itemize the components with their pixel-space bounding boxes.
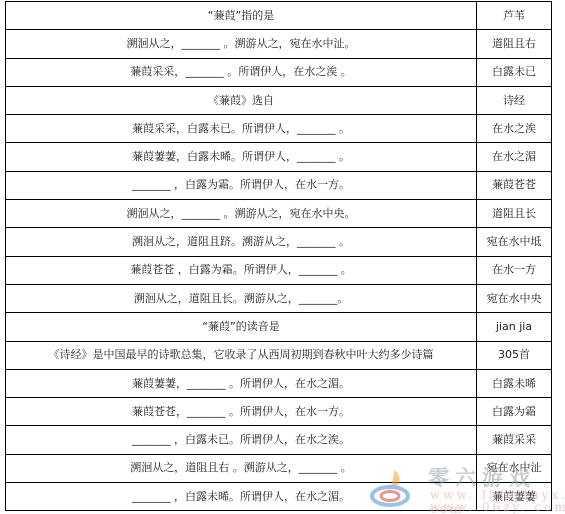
table-row: 蒹葭苍苍 ，白露为霜。所谓伊人，_______ 。在水一方 xyxy=(6,256,552,284)
answer-cell: 蒹葭苍苍 xyxy=(477,171,552,199)
question-cell: 溯洄从之，_______ 。溯游从之，宛在水中央。 xyxy=(6,200,477,228)
answer-cell: 蒹葭采采 xyxy=(477,426,552,454)
answer-cell: 宛在水中坻 xyxy=(477,228,552,256)
table-row: 蒹葭萋萋，白露未晞。所谓伊人，_______ 。在水之湄 xyxy=(6,143,552,171)
answer-cell: 芦苇 xyxy=(477,2,552,30)
answer-cell: 白露为霜 xyxy=(477,398,552,426)
answer-cell: 305首 xyxy=(477,341,552,369)
answer-cell: 诗经 xyxy=(477,86,552,114)
table-row: 蒹葭苍苍，_______ 。所谓伊人，在水一方。白露为霜 xyxy=(6,398,552,426)
question-cell: 溯洄从之，道阻且跻。溯游从之，_______ 。 xyxy=(6,228,477,256)
table-row: 蒹葭采采，白露未已。所谓伊人，_______ 。在水之涘 xyxy=(6,115,552,143)
table-row: _______ ，白露未已。所谓伊人，在水之涘。蒹葭采采 xyxy=(6,426,552,454)
answer-cell: 在水一方 xyxy=(477,256,552,284)
question-cell: 蒹葭萋萋，_______ 。所谓伊人，在水之湄。 xyxy=(6,369,477,397)
question-cell: 溯洄从之，道阻且右 。溯游从之，_______ 。 xyxy=(6,454,477,482)
table-row: 溯洄从之，_______ 。溯游从之，宛在水中沚。道阻且右 xyxy=(6,30,552,58)
question-cell: 蒹葭萋萋，白露未晞。所谓伊人，_______ 。 xyxy=(6,143,477,171)
answer-cell: 在水之湄 xyxy=(477,143,552,171)
question-cell: 蒹葭采采，白露未已。所谓伊人，_______ 。 xyxy=(6,115,477,143)
question-cell: 蒹葭苍苍 ，白露为霜。所谓伊人，_______ 。 xyxy=(6,256,477,284)
table-row: “蒹葭”指的是芦苇 xyxy=(6,2,552,30)
answer-cell: jian jia xyxy=(477,313,552,341)
answer-cell: 道阻且右 xyxy=(477,30,552,58)
question-cell: 蒹葭采采，_______ 。所谓伊人，在水之涘 。 xyxy=(6,58,477,86)
answer-cell: 宛在水中沚 xyxy=(477,454,552,482)
table-row: 溯洄从之，道阻且长。溯游从之，_______。宛在水中央 xyxy=(6,284,552,312)
table-row: 溯洄从之，道阻且右 。溯游从之，_______ 。宛在水中沚 xyxy=(6,454,552,482)
answer-cell: 白露未已 xyxy=(477,58,552,86)
question-cell: 蒹葭苍苍，_______ 。所谓伊人，在水一方。 xyxy=(6,398,477,426)
table-row: “蒹葭”的读音是jian jia xyxy=(6,313,552,341)
question-cell: 溯洄从之，道阻且长。溯游从之，_______。 xyxy=(6,284,477,312)
answer-cell: 道阻且长 xyxy=(477,200,552,228)
table-row: _______ ，白露为霜。所谓伊人，在水一方。蒹葭苍苍 xyxy=(6,171,552,199)
table-row: 《诗经》是中国最早的诗歌总集，它收录了从西周初期到春秋中叶大约多少诗篇305首 xyxy=(6,341,552,369)
question-cell: 《蒹葭》选自 xyxy=(6,86,477,114)
answer-cell: 在水之涘 xyxy=(477,115,552,143)
table-row: 蒹葭萋萋，_______ 。所谓伊人，在水之湄。白露未晞 xyxy=(6,369,552,397)
question-cell: 溯洄从之，_______ 。溯游从之，宛在水中沚。 xyxy=(6,30,477,58)
table-row: _______ ，白露未晞。所谓伊人，在水之湄。蒹葭萋萋 xyxy=(6,483,552,511)
answer-cell: 蒹葭萋萋 xyxy=(477,483,552,511)
question-cell: “蒹葭”指的是 xyxy=(6,2,477,30)
table-row: 蒹葭采采，_______ 。所谓伊人，在水之涘 。白露未已 xyxy=(6,58,552,86)
question-cell: _______ ，白露未晞。所谓伊人，在水之湄。 xyxy=(6,483,477,511)
table-row: 溯洄从之，道阻且跻。溯游从之，_______ 。宛在水中坻 xyxy=(6,228,552,256)
table-row: 《蒹葭》选自诗经 xyxy=(6,86,552,114)
answer-cell: 白露未晞 xyxy=(477,369,552,397)
question-cell: _______ ，白露为霜。所谓伊人，在水一方。 xyxy=(6,171,477,199)
answer-cell: 宛在水中央 xyxy=(477,284,552,312)
quiz-answer-table: “蒹葭”指的是芦苇 溯洄从之，_______ 。溯游从之，宛在水中沚。道阻且右 … xyxy=(5,1,552,511)
question-cell: “蒹葭”的读音是 xyxy=(6,313,477,341)
table-row: 溯洄从之，_______ 。溯游从之，宛在水中央。道阻且长 xyxy=(6,200,552,228)
question-cell: _______ ，白露未已。所谓伊人，在水之涘。 xyxy=(6,426,477,454)
question-cell: 《诗经》是中国最早的诗歌总集，它收录了从西周初期到春秋中叶大约多少诗篇 xyxy=(6,341,477,369)
